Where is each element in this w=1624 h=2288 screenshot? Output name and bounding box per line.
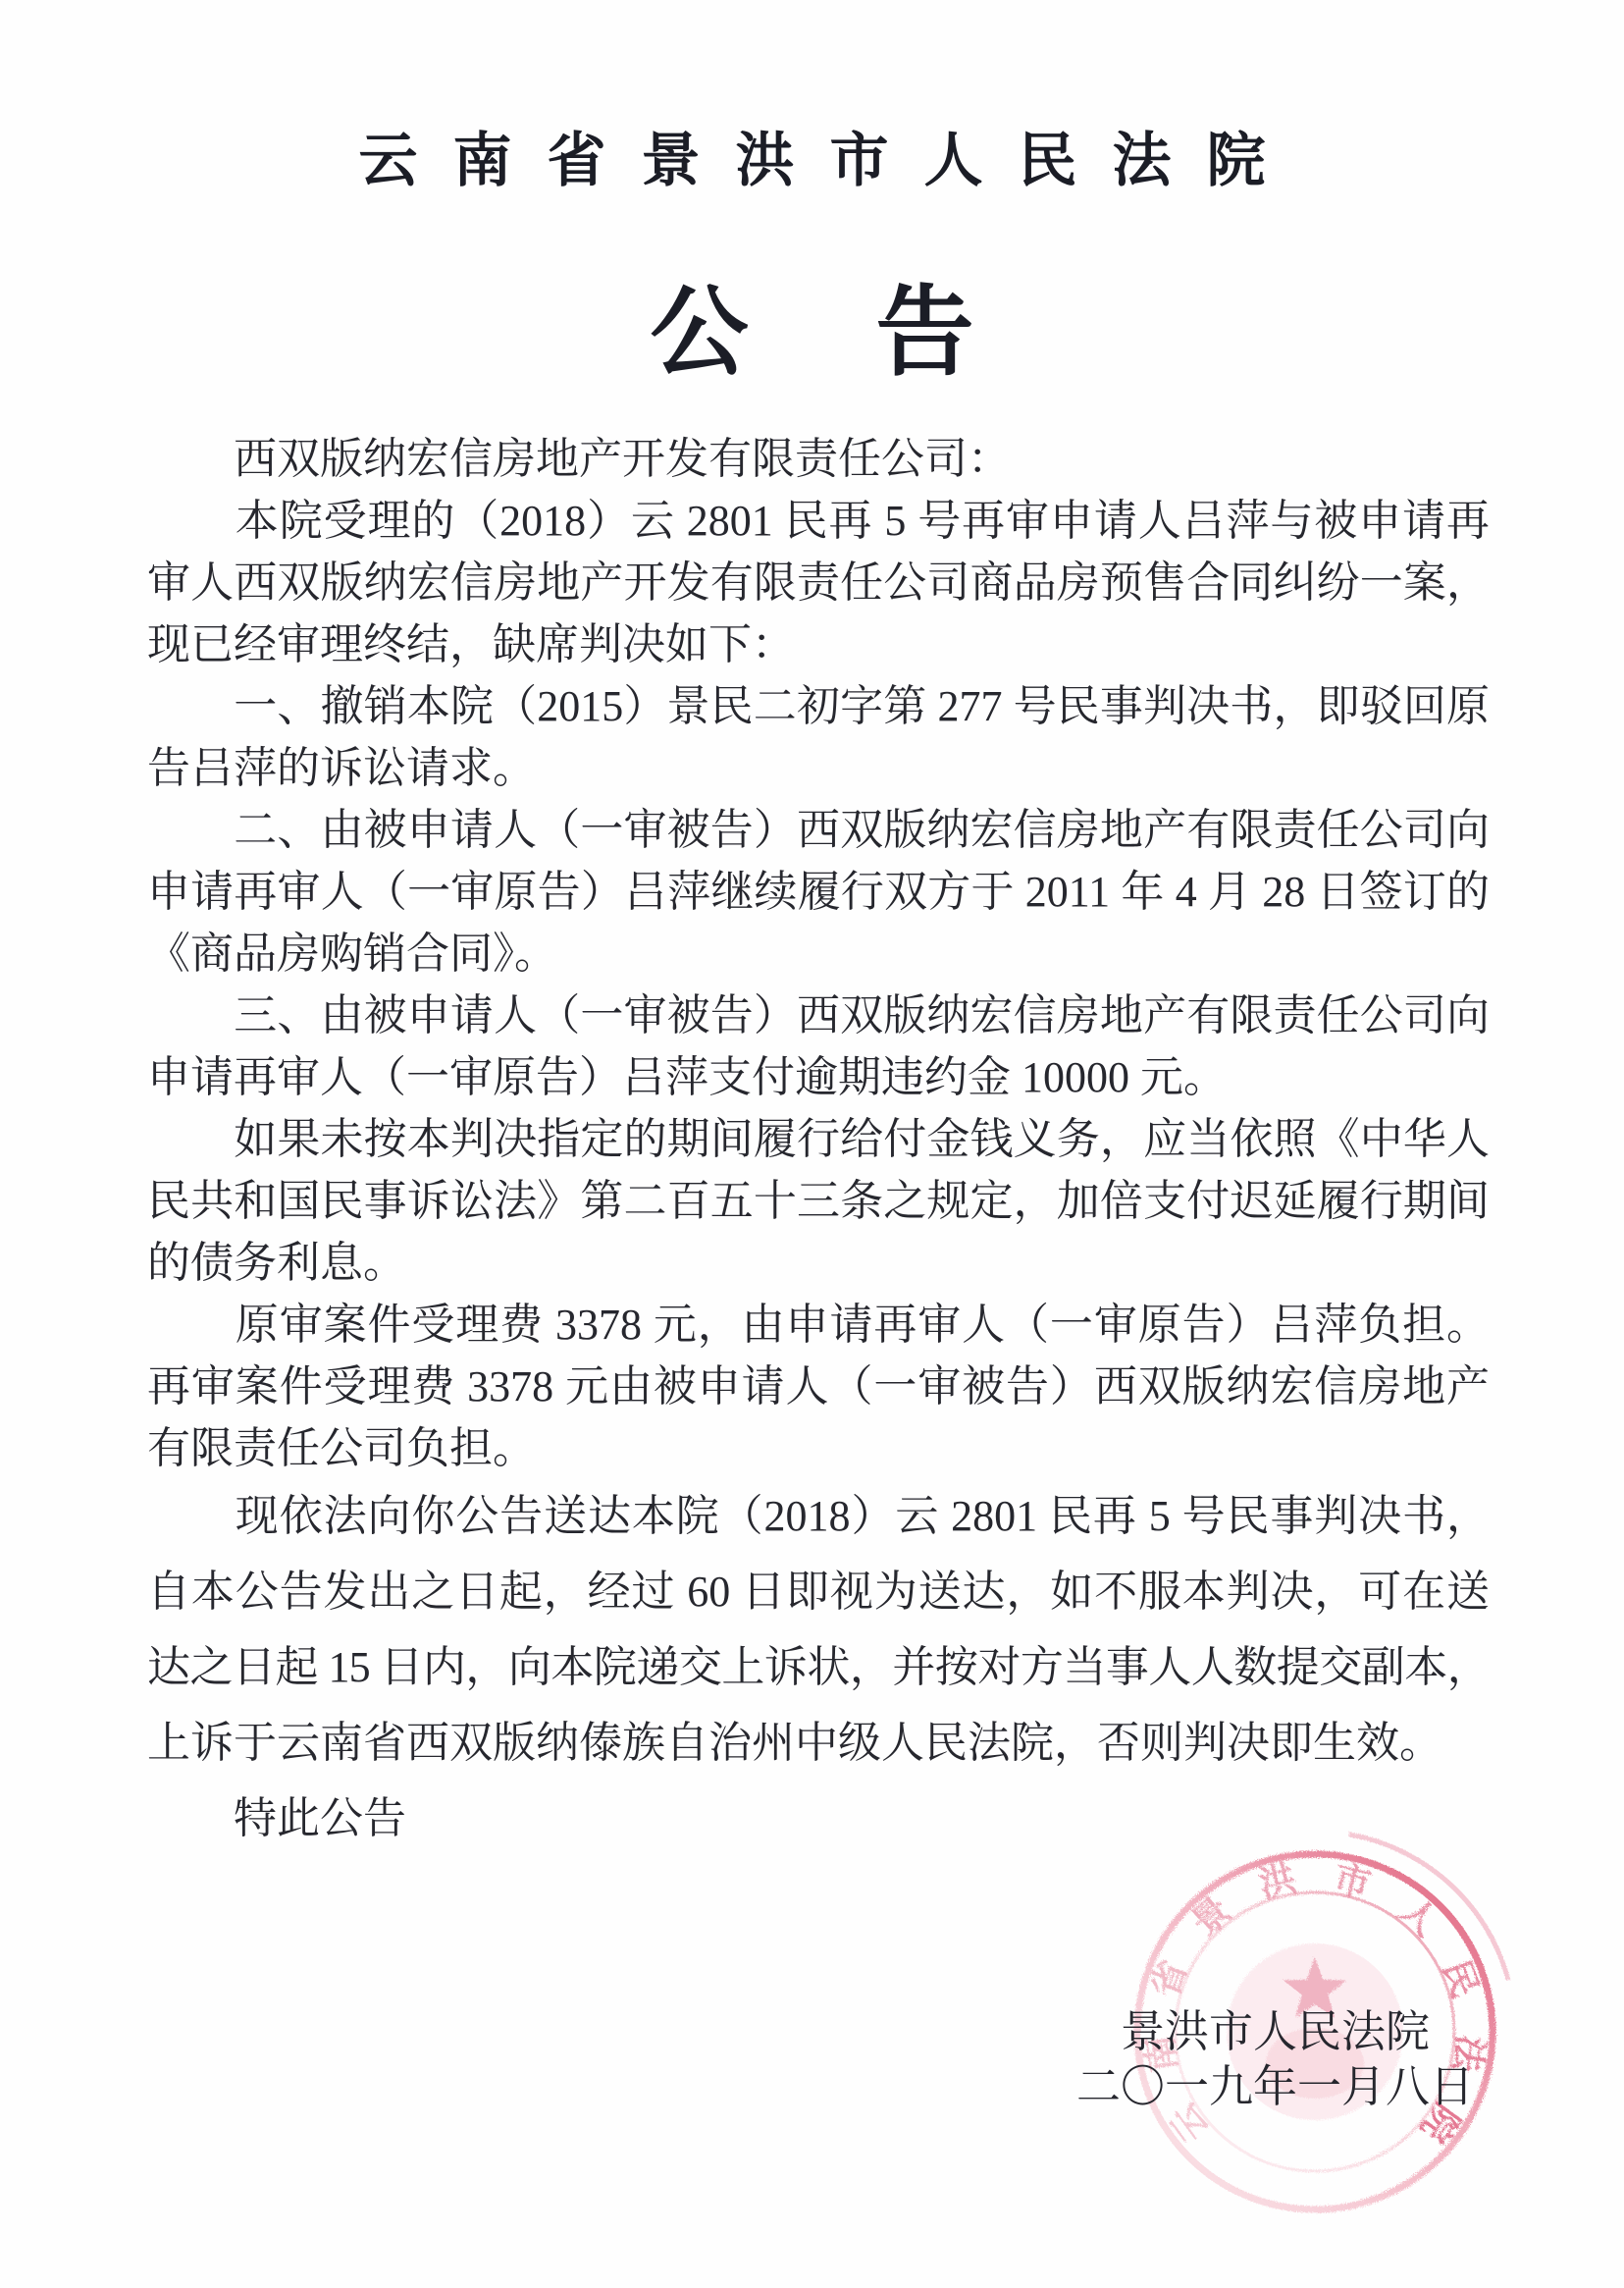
body-line: 《商品房购销合同》。	[147, 923, 1490, 984]
notice-body-main: 西双版纳宏信房地产开发有限责任公司： 本院受理的（2018）云 2801 民再 …	[147, 428, 1490, 1479]
body-line: 如果未按本判决指定的期间履行给付金钱义务，应当依照《中华人	[147, 1108, 1490, 1170]
court-title: 云南省景洪市人民法院	[0, 114, 1624, 198]
closing-phrase: 特此公告	[147, 1781, 1490, 1856]
body-line: 上诉于云南省西双版纳傣族自治州中级人民法院，否则判决即生效。	[147, 1705, 1490, 1781]
body-line: 达之日起 15 日内，向本院递交上诉状，并按对方当事人人数提交副本，	[147, 1629, 1490, 1705]
body-line: 二、由被申请人（一审被告）西双版纳宏信房地产有限责任公司向	[147, 799, 1490, 861]
body-line: 现依法向你公告送达本院（2018）云 2801 民再 5 号民事判决书，	[147, 1478, 1490, 1554]
body-line: 一、撤销本院（2015）景民二初字第 277 号民事判决书，即驳回原	[147, 675, 1490, 737]
svg-text:市: 市	[1330, 1857, 1375, 1906]
signature-date: 二〇一九年一月八日	[1076, 2059, 1474, 2114]
body-line: 申请再审人（一审原告）吕萍继续履行双方于 2011 年 4 月 28 日签订的	[147, 861, 1490, 923]
body-line: 告吕萍的诉讼请求。	[147, 737, 1490, 799]
body-line: 审人西双版纳宏信房地产开发有限责任公司商品房预售合同纠纷一案，	[147, 552, 1490, 613]
body-line: 民共和国民事诉讼法》第二百五十三条之规定，加倍支付迟延履行期间	[147, 1170, 1490, 1232]
body-line: 有限责任公司负担。	[147, 1417, 1490, 1479]
svg-text:民: 民	[1435, 1955, 1485, 2003]
body-line: 现已经审理终结，缺席判决如下：	[147, 613, 1490, 675]
body-line: 西双版纳宏信房地产开发有限责任公司：	[147, 428, 1490, 490]
signature-block: 景洪市人民法院 二〇一九年一月八日	[1076, 2004, 1474, 2114]
seal-ghost-arc	[1349, 1835, 1508, 1980]
scanned-court-notice-page: 云南省景洪市人民法院 公 告 西双版纳宏信房地产开发有限责任公司： 本院受理的（…	[0, 0, 1624, 2288]
body-line: 自本公告发出之日起，经过 60 日即视为送达，如不服本判决，可在送	[147, 1554, 1490, 1629]
body-line: 本院受理的（2018）云 2801 民再 5 号再审申请人吕萍与被申请再	[147, 490, 1490, 552]
body-line: 三、由被申请人（一审被告）西双版纳宏信房地产有限责任公司向	[147, 984, 1490, 1046]
svg-text:人: 人	[1391, 1890, 1445, 1944]
body-line: 的债务利息。	[147, 1232, 1490, 1294]
signature-court-name: 景洪市人民法院	[1076, 2004, 1474, 2059]
body-line: 原审案件受理费 3378 元，由申请再审人（一审原告）吕萍负担。	[147, 1294, 1490, 1356]
svg-text:景: 景	[1184, 1889, 1239, 1944]
notice-body-closing: 现依法向你公告送达本院（2018）云 2801 民再 5 号民事判决书， 自本公…	[147, 1478, 1490, 1856]
svg-text:洪: 洪	[1255, 1857, 1300, 1906]
notice-title: 公 告	[0, 253, 1624, 395]
body-line: 再审案件受理费 3378 元由被申请人（一审被告）西双版纳宏信房地产	[147, 1356, 1490, 1417]
body-line: 申请再审人（一审原告）吕萍支付逾期违约金 10000 元。	[147, 1046, 1490, 1108]
svg-text:省: 省	[1144, 1955, 1195, 2003]
